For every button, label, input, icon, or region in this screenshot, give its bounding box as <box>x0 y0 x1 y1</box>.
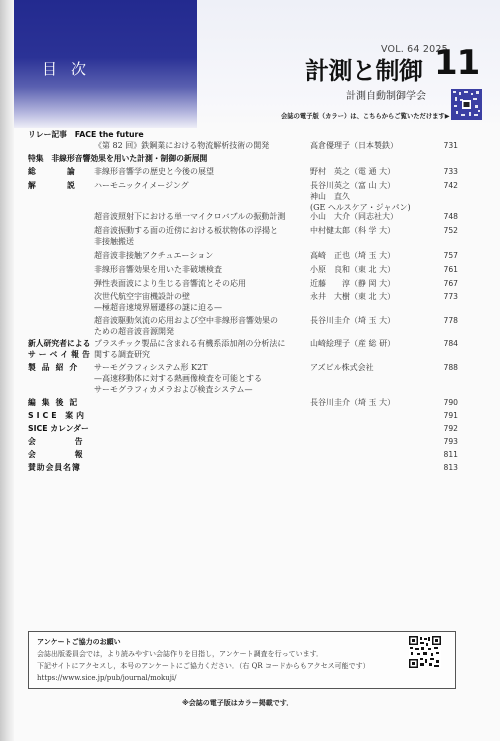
toc-page: 790 <box>438 397 458 408</box>
toc-page: 752 <box>438 225 458 236</box>
toc-title-cont[interactable]: 非接触搬送 <box>94 236 134 247</box>
toc-author: 中村健太郎（科 学 大） <box>310 225 395 236</box>
toc-title-cont[interactable]: —極超音速境界層遷移の謎に迫る— <box>94 302 222 313</box>
toc-heading: 目次 <box>42 58 100 79</box>
toc-page: 767 <box>438 278 458 289</box>
toc-category[interactable]: 会 報 <box>28 449 83 460</box>
toc-author: 神山 直久 <box>310 191 350 202</box>
toc-category[interactable]: 編集後記 <box>28 397 83 408</box>
toc-page: 811 <box>438 449 458 460</box>
color-edition-footnote: ※会誌の電子版はカラー掲載です． <box>182 698 293 708</box>
toc-title[interactable]: 超音波振動する面の近傍における板状物体の浮揚と <box>94 225 278 236</box>
toc-author: 小原 良和（東 北 大） <box>310 264 395 275</box>
issue-number: 11 <box>434 43 479 83</box>
toc-title[interactable]: 非線形音響効果を用いた非破壊検査 <box>94 264 222 275</box>
toc-page: 788 <box>438 362 458 373</box>
toc-author: 高崎 正也（埼 玉 大） <box>310 250 395 261</box>
page-binding-shadow <box>0 0 14 741</box>
toc-title-cont[interactable]: ための超音波音源開発 <box>94 326 174 337</box>
toc-title[interactable]: ハーモニックイメージング <box>94 180 189 191</box>
toc-category: 製品紹介 <box>28 362 83 373</box>
toc-category[interactable]: 会 告 <box>28 436 83 447</box>
toc-page: 792 <box>438 423 458 434</box>
toc-author: 野村 英之（電 通 大） <box>310 166 395 177</box>
toc-title[interactable]: 非線形音響学の歴史と今後の展望 <box>94 166 214 177</box>
toc-page: 773 <box>438 291 458 302</box>
toc-category: 新人研究者による <box>28 338 90 349</box>
society-name: 計測自動制御学会 <box>346 87 426 102</box>
survey-url-link[interactable]: https://www.sice.jp/pub/journal/mokuji/ <box>37 674 177 682</box>
toc-feature-heading: 特集 非線形音響効果を用いた計測・制御の新展開 <box>28 153 207 164</box>
toc-page: 791 <box>438 410 458 421</box>
toc-category[interactable]: SICE 案内 <box>28 410 87 421</box>
qr-code-icon[interactable] <box>451 89 482 120</box>
toc-author: 長谷川圭介（埼 玉 大） <box>310 315 395 326</box>
toc-page: 742 <box>438 180 458 191</box>
toc-title-cont[interactable]: サーモグラフィカメラおよび検査システム— <box>94 384 253 395</box>
toc-page: 761 <box>438 264 458 275</box>
toc-title[interactable]: 超音波非接触アクチュエーション <box>94 250 213 261</box>
toc-title[interactable]: 次世代航空宇宙機設計の壁 <box>94 291 190 302</box>
toc-category: 総 論 <box>28 166 75 177</box>
toc-category[interactable]: SICE カレンダー <box>28 423 89 434</box>
toc-category: リレー記事 FACE the future <box>28 129 144 140</box>
toc-category-cont: サーベイ報告 <box>28 349 93 360</box>
survey-heading: アンケートご協力のお願い <box>37 637 121 647</box>
survey-text: 会誌出版委員会では，より読みやすい会誌作りを目指し，アンケート調査を行っています… <box>37 649 323 659</box>
toc-page: 813 <box>438 462 458 473</box>
toc-page: 733 <box>438 166 458 177</box>
toc-author: 永井 大樹（東 北 大） <box>310 291 395 302</box>
toc-page: 748 <box>438 211 458 222</box>
survey-qr-code-icon[interactable] <box>409 636 441 668</box>
toc-title[interactable]: サーモグラフィシステム形 K2T <box>94 362 208 373</box>
toc-title-cont[interactable]: —高速移動体に対する熱画像検査を可能とする <box>94 373 262 384</box>
toc-banner: 目次 <box>14 0 197 128</box>
toc-category: 解 説 <box>28 180 75 191</box>
toc-author: 山崎絵理子（産 総 研） <box>310 338 395 349</box>
toc-author: 小山 大介（同志社大） <box>310 211 398 222</box>
electronic-version-note: 会誌の電子版（カラー）は、こちらからご覧いただけます▶ <box>281 111 450 120</box>
toc-title[interactable]: 弾性表面波により生じる音響流とその応用 <box>94 278 246 289</box>
toc-page: 731 <box>438 140 458 151</box>
survey-text: 下記サイトにアクセスし，本号のアンケートにご協力ください．（右 QR コードから… <box>37 661 370 671</box>
toc-category[interactable]: 賛助会員名簿 <box>28 462 81 473</box>
toc-title-cont[interactable]: 関する調査研究 <box>94 349 150 360</box>
toc-title[interactable]: 超音波照射下における単一マイクロバブルの振動計測 <box>94 211 285 222</box>
toc-author: 高倉優理子（日本製鉄） <box>310 140 398 151</box>
toc-page: 757 <box>438 250 458 261</box>
toc-page: 778 <box>438 315 458 326</box>
toc-author: 長谷川圭介（埼 玉 大） <box>310 397 395 408</box>
toc-page: 784 <box>438 338 458 349</box>
toc-author: 近藤 淳（静 岡 大） <box>310 278 395 289</box>
toc-author: アズビル株式会社 <box>310 362 374 373</box>
toc-page: 793 <box>438 436 458 447</box>
toc-title[interactable]: 超音波駆動気流の応用および空中非線形音響効果の <box>94 315 278 326</box>
magazine-title: 計測と制御 <box>305 51 423 86</box>
toc-title[interactable]: 《第 82 回》鉄鋼業における物流解析技術の開発 <box>94 140 269 151</box>
toc-title[interactable]: プラスチック製品に含まれる有機系添加剤の分析法に <box>94 338 285 349</box>
survey-request-box: アンケートご協力のお願い 会誌出版委員会では，より読みやすい会誌作りを目指し，ア… <box>28 631 456 689</box>
toc-author: 長谷川英之（富 山 大） <box>310 180 395 191</box>
